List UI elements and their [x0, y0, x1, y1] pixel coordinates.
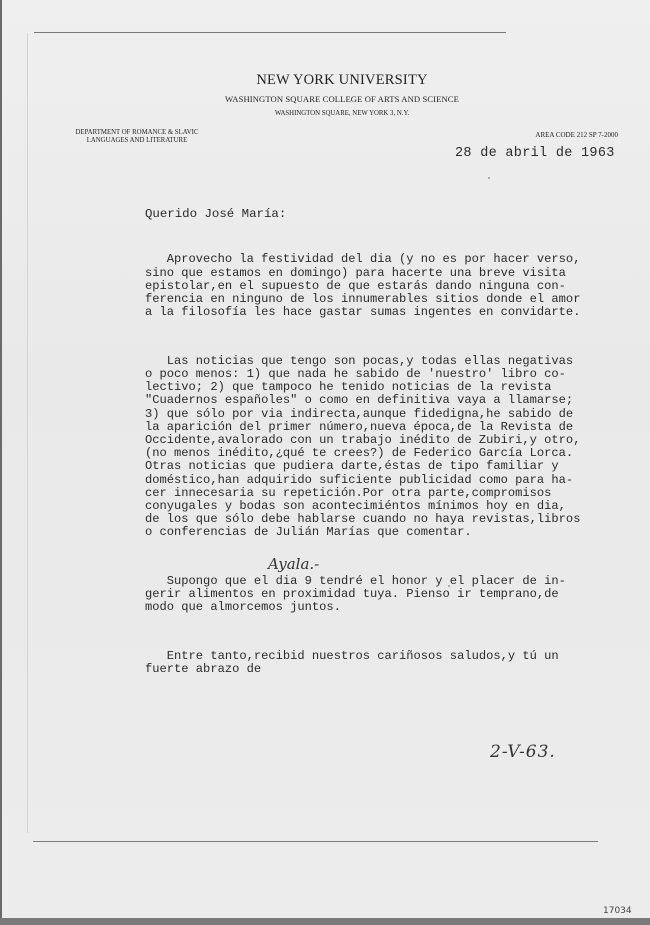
letter-body: Aprovecho la festividad del dia (y no es…	[145, 227, 615, 712]
letter-date: 28 de abril de 1963	[455, 146, 615, 161]
handwritten-date-note: 2-V-63.	[490, 742, 556, 762]
bottom-rule	[33, 841, 598, 842]
ink-speck	[448, 585, 450, 587]
department-line-2: LANGUAGES AND LITERATURE	[62, 137, 212, 145]
ink-speck	[488, 177, 490, 179]
signature: Ayala.-	[268, 555, 319, 573]
paragraph-4: Entre tanto,recibid nuestros cariñosos s…	[145, 650, 615, 676]
paragraph-3: Supongo que el dia 9 tendré el honor y e…	[145, 575, 615, 615]
letter-page: NEW YORK UNIVERSITY WASHINGTON SQUARE CO…	[0, 0, 650, 918]
phone-number: AREA CODE 212 SP 7-2000	[535, 131, 618, 139]
institution-address: WASHINGTON SQUARE, NEW YORK 3, N.Y.	[0, 110, 650, 117]
institution-name: NEW YORK UNIVERSITY	[0, 72, 650, 89]
scan-bottom-edge	[0, 918, 650, 925]
page-fold-line	[27, 33, 28, 833]
college-name: WASHINGTON SQUARE COLLEGE OF ARTS AND SC…	[0, 94, 650, 104]
scan-left-edge	[0, 0, 2, 918]
paragraph-1: Aprovecho la festividad del dia (y no es…	[145, 253, 615, 319]
department-line-1: DEPARTMENT OF ROMANCE & SLAVIC	[62, 129, 212, 137]
salutation: Querido José María:	[145, 207, 286, 221]
archive-number: 17034	[603, 906, 632, 916]
top-rule	[34, 32, 506, 33]
department-name: DEPARTMENT OF ROMANCE & SLAVIC LANGUAGES…	[62, 129, 212, 145]
paragraph-2: Las noticias que tengo son pocas,y todas…	[145, 355, 615, 540]
